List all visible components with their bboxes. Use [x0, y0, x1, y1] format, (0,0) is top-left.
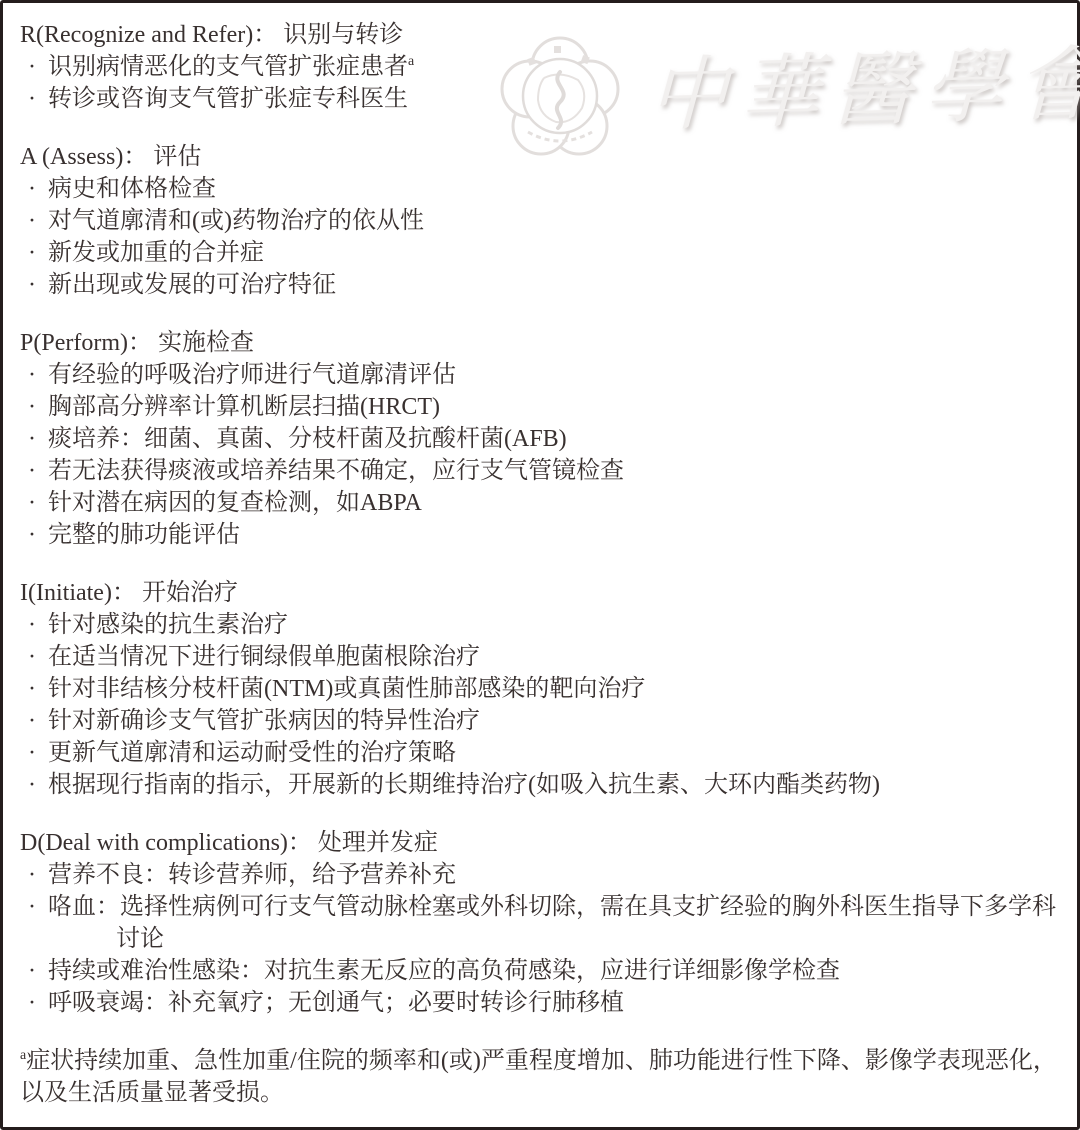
list-item: ·胸部高分辨率计算机断层扫描(HRCT) — [20, 391, 1060, 423]
item-text: 更新气道廓清和运动耐受性的治疗策略 — [48, 740, 456, 766]
bullet-marker: · — [20, 859, 48, 891]
list-item: ·持续或难治性感染：对抗生素无反应的高负荷感染，应进行详细影像学检查 — [20, 955, 1060, 987]
section-a: A (Assess)： 评估 ·病史和体格检查 ·对气道廓清和(或)药物治疗的依… — [20, 141, 1060, 301]
item-text: 对气道廓清和(或)药物治疗的依从性 — [48, 208, 424, 234]
item-text: 持续或难治性感染：对抗生素无反应的高负荷感染，应进行详细影像学检查 — [48, 958, 840, 984]
item-continuation: 讨论 — [20, 923, 1060, 955]
list-item: ·病史和体格检查 — [20, 173, 1060, 205]
list-item: ·新发或加重的合并症 — [20, 237, 1060, 269]
item-text: 营养不良：转诊营养师，给予营养补充 — [48, 862, 456, 888]
bullet-marker: · — [20, 391, 48, 423]
footnote: a症状持续加重、急性加重/住院的频率和(或)严重程度增加、肺功能进行性下降、影像… — [20, 1045, 1060, 1109]
section-items: ·有经验的呼吸治疗师进行气道廓清评估 ·胸部高分辨率计算机断层扫描(HRCT) … — [20, 359, 1060, 551]
sections: R(Recognize and Refer)： 识别与转诊 ·识别病情恶化的支气… — [20, 19, 1060, 1019]
bullet-marker: · — [20, 83, 48, 115]
bullet-marker: · — [20, 769, 48, 801]
section-d: D(Deal with complications)： 处理并发症 ·营养不良：… — [20, 827, 1060, 1019]
list-item: ·针对潜在病因的复查检测，如ABPA — [20, 487, 1060, 519]
list-item: ·识别病情恶化的支气管扩张症患者a — [20, 51, 1060, 83]
bullet-marker: · — [20, 891, 48, 923]
item-text: 针对新确诊支气管扩张病因的特异性治疗 — [48, 708, 480, 734]
section-header: R(Recognize and Refer)： 识别与转诊 — [20, 19, 1060, 51]
bullet-marker: · — [20, 455, 48, 487]
list-item: ·对气道廓清和(或)药物治疗的依从性 — [20, 205, 1060, 237]
section-header: D(Deal with complications)： 处理并发症 — [20, 827, 1060, 859]
item-text: 咯血：选择性病例可行支气管动脉栓塞或外科切除，需在具支扩经验的胸外科医生指导下多… — [48, 894, 1056, 920]
bullet-marker: · — [20, 955, 48, 987]
bullet-marker: · — [20, 705, 48, 737]
list-item: ·若无法获得痰液或培养结果不确定，应行支气管镜检查 — [20, 455, 1060, 487]
item-text: 病史和体格检查 — [48, 176, 216, 202]
list-item: ·转诊或咨询支气管扩张症专科医生 — [20, 83, 1060, 115]
section-items: ·识别病情恶化的支气管扩张症患者a ·转诊或咨询支气管扩张症专科医生 — [20, 51, 1060, 115]
item-text: 胸部高分辨率计算机断层扫描(HRCT) — [48, 394, 440, 420]
rapid-checklist: R(Recognize and Refer)： 识别与转诊 ·识别病情恶化的支气… — [0, 0, 1080, 1109]
list-item: ·针对感染的抗生素治疗 — [20, 609, 1060, 641]
bullet-marker: · — [20, 641, 48, 673]
bullet-marker: · — [20, 519, 48, 551]
item-text: 针对非结核分枝杆菌(NTM)或真菌性肺部感染的靶向治疗 — [48, 676, 645, 702]
section-header: A (Assess)： 评估 — [20, 141, 1060, 173]
footnote-line-1: 症状持续加重、急性加重/住院的频率和(或)严重程度增加、肺功能进行性下降、影像学… — [26, 1048, 1057, 1074]
item-text: 针对潜在病因的复查检测，如ABPA — [48, 490, 422, 516]
item-text: 针对感染的抗生素治疗 — [48, 612, 288, 638]
section-items: ·针对感染的抗生素治疗 ·在适当情况下进行铜绿假单胞菌根除治疗 ·针对非结核分枝… — [20, 609, 1060, 801]
list-item: ·根据现行指南的指示，开展新的长期维持治疗(如吸入抗生素、大环内酯类药物) — [20, 769, 1060, 801]
section-p: P(Perform)： 实施检查 ·有经验的呼吸治疗师进行气道廓清评估 ·胸部高… — [20, 327, 1060, 551]
bullet-marker: · — [20, 673, 48, 705]
item-text: 新出现或发展的可治疗特征 — [48, 272, 336, 298]
item-superscript: a — [408, 54, 414, 69]
item-text: 呼吸衰竭：补充氧疗；无创通气；必要时转诊行肺移植 — [48, 990, 624, 1016]
section-r: R(Recognize and Refer)： 识别与转诊 ·识别病情恶化的支气… — [20, 19, 1060, 115]
item-text: 新发或加重的合并症 — [48, 240, 264, 266]
list-item: ·针对非结核分枝杆菌(NTM)或真菌性肺部感染的靶向治疗 — [20, 673, 1060, 705]
list-item: ·新出现或发展的可治疗特征 — [20, 269, 1060, 301]
section-header: P(Perform)： 实施检查 — [20, 327, 1060, 359]
section-header: I(Initiate)： 开始治疗 — [20, 577, 1060, 609]
bullet-marker: · — [20, 269, 48, 301]
item-text: 识别病情恶化的支气管扩张症患者 — [48, 54, 408, 80]
list-item: ·在适当情况下进行铜绿假单胞菌根除治疗 — [20, 641, 1060, 673]
bullet-marker: · — [20, 423, 48, 455]
list-item: ·有经验的呼吸治疗师进行气道廓清评估 — [20, 359, 1060, 391]
bullet-marker: · — [20, 205, 48, 237]
section-items: ·营养不良：转诊营养师，给予营养补充 ·咯血：选择性病例可行支气管动脉栓塞或外科… — [20, 859, 1060, 1019]
footnote-line-2: 以及生活质量显著受损。 — [20, 1080, 284, 1106]
item-text: 若无法获得痰液或培养结果不确定，应行支气管镜检查 — [48, 458, 624, 484]
bullet-marker: · — [20, 51, 48, 83]
item-text: 根据现行指南的指示，开展新的长期维持治疗(如吸入抗生素、大环内酯类药物) — [48, 772, 880, 798]
item-text: 完整的肺功能评估 — [48, 522, 240, 548]
section-i: I(Initiate)： 开始治疗 ·针对感染的抗生素治疗 ·在适当情况下进行铜… — [20, 577, 1060, 801]
item-text: 有经验的呼吸治疗师进行气道廓清评估 — [48, 362, 456, 388]
list-item: ·针对新确诊支气管扩张病因的特异性治疗 — [20, 705, 1060, 737]
section-items: ·病史和体格检查 ·对气道廓清和(或)药物治疗的依从性 ·新发或加重的合并症 ·… — [20, 173, 1060, 301]
bullet-marker: · — [20, 737, 48, 769]
list-item: ·呼吸衰竭：补充氧疗；无创通气；必要时转诊行肺移植 — [20, 987, 1060, 1019]
item-text: 转诊或咨询支气管扩张症专科医生 — [48, 86, 408, 112]
item-text: 痰培养：细菌、真菌、分枝杆菌及抗酸杆菌(AFB) — [48, 426, 567, 452]
bullet-marker: · — [20, 173, 48, 205]
list-item: ·咯血：选择性病例可行支气管动脉栓塞或外科切除，需在具支扩经验的胸外科医生指导下… — [20, 891, 1060, 955]
list-item: ·更新气道廓清和运动耐受性的治疗策略 — [20, 737, 1060, 769]
list-item: ·完整的肺功能评估 — [20, 519, 1060, 551]
bullet-marker: · — [20, 237, 48, 269]
item-text: 在适当情况下进行铜绿假单胞菌根除治疗 — [48, 644, 480, 670]
bullet-marker: · — [20, 609, 48, 641]
bullet-marker: · — [20, 487, 48, 519]
list-item: ·痰培养：细菌、真菌、分枝杆菌及抗酸杆菌(AFB) — [20, 423, 1060, 455]
bullet-marker: · — [20, 987, 48, 1019]
bullet-marker: · — [20, 359, 48, 391]
list-item: ·营养不良：转诊营养师，给予营养补充 — [20, 859, 1060, 891]
